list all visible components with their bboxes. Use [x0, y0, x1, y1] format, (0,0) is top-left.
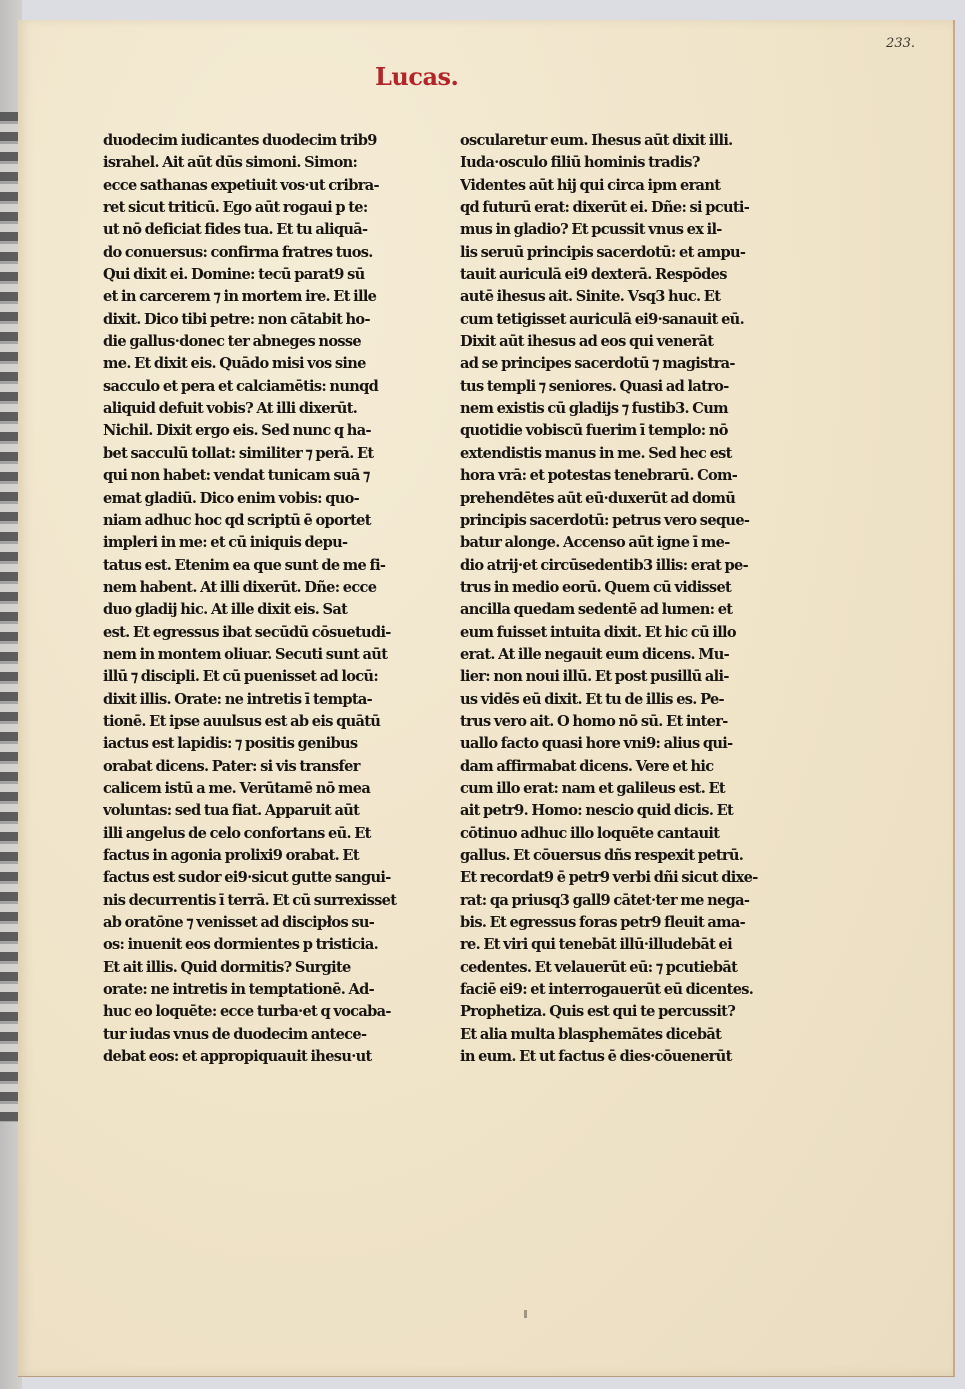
- text-line: re. Et viri qui tenebāt illū·illudebāt e…: [460, 934, 760, 956]
- text-line: et in carcerem ⁊ in mortem ire. Et ille: [103, 286, 403, 308]
- text-line: duodecim iudicantes duodecim trib9: [103, 130, 403, 152]
- text-line: calicem istū a me. Verūtamē nō mea: [103, 778, 403, 800]
- text-line: dixit illis. Orate: ne intretis ī tempta…: [103, 689, 403, 711]
- text-line: cōtinuo adhuc illo loquēte cantauit: [460, 823, 760, 845]
- text-line: nem in montem oliuar. Secuti sunt aūt: [103, 644, 403, 666]
- text-line: ecce sathanas expetiuit vos·ut cribra-: [103, 175, 403, 197]
- text-line: Nichil. Dixit ergo eis. Sed nunc q ha-: [103, 420, 403, 442]
- text-line: nem existis cū gladijs ⁊ fustib3. Cum: [460, 398, 760, 420]
- text-line: me. Et dixit eis. Quādo misi vos sine: [103, 353, 403, 375]
- text-line: autē ihesus ait. Sinite. Vsq3 huc. Et: [460, 286, 760, 308]
- text-line: cum illo erat: nam et galileus est. Et: [460, 778, 760, 800]
- text-line: sacculo et pera et calciamētis: nunqd: [103, 376, 403, 398]
- text-line: tatus est. Etenim ea que sunt de me fi-: [103, 555, 403, 577]
- text-line: extendistis manus in me. Sed hec est: [460, 443, 760, 465]
- text-line: tus templi ⁊ seniores. Quasi ad latro-: [460, 376, 760, 398]
- text-line: orabat dicens. Pater: si vis transfer: [103, 756, 403, 778]
- text-line: dam affirmabat dicens. Vere et hic: [460, 756, 760, 778]
- text-line: oscularetur eum. Ihesus aūt dixit illi.: [460, 130, 760, 152]
- text-column-left: duodecim iudicantes duodecim trib9israhe…: [103, 130, 403, 1068]
- text-line: debat eos: et appropiquauit ihesu·ut: [103, 1046, 403, 1068]
- text-line: israhel. Ait aūt dūs simoni. Simon:: [103, 152, 403, 174]
- text-line: factus in agonia prolixi9 orabat. Et: [103, 845, 403, 867]
- text-line: quotidie vobiscū fuerim ī templo: nō: [460, 420, 760, 442]
- text-line: us vidēs eū dixit. Et tu de illis es. Pe…: [460, 689, 760, 711]
- text-line: in eum. Et ut factus ē dies·cōuenerūt: [460, 1046, 760, 1068]
- text-line: Et alia multa blasphemātes dicebāt: [460, 1024, 760, 1046]
- text-line: mus in gladio? Et pcussit vnus ex il-: [460, 219, 760, 241]
- text-line: huc eo loquēte: ecce turba·et q vocaba-: [103, 1001, 403, 1023]
- text-line: trus vero ait. O homo nō sū. Et inter-: [460, 711, 760, 733]
- text-line: rat: qa priusq3 gall9 cātet·ter me nega-: [460, 890, 760, 912]
- text-line: duo gladij hic. At ille dixit eis. Sat: [103, 599, 403, 621]
- text-line: ait petr9. Homo: nescio quid dicis. Et: [460, 800, 760, 822]
- text-line: emat gladiū. Dico enim vobis: quo-: [103, 488, 403, 510]
- text-line: est. Et egressus ibat secūdū cōsuetudi-: [103, 622, 403, 644]
- text-line: orate: ne intretis in temptationē. Ad-: [103, 979, 403, 1001]
- text-line: ret sicut triticū. Ego aūt rogaui p te:: [103, 197, 403, 219]
- text-line: Et ait illis. Quid dormitis? Surgite: [103, 957, 403, 979]
- text-line: faciē ei9: et interrogauerūt eū dicentes…: [460, 979, 760, 1001]
- manuscript-page: 233. Lucas. duodecim iudicantes duodecim…: [18, 20, 955, 1377]
- text-line: nis decurrentis ī terrā. Et cū surrexiss…: [103, 890, 403, 912]
- text-line: voluntas: sed tua fiat. Apparuit aūt: [103, 800, 403, 822]
- text-column-right: oscularetur eum. Ihesus aūt dixit illi.I…: [460, 130, 760, 1068]
- text-line: cedentes. Et velauerūt eū: ⁊ pcutiebāt: [460, 957, 760, 979]
- text-line: aliquid defuit vobis? At illi dixerūt.: [103, 398, 403, 420]
- text-line: cum tetigisset auriculā ei9·sanauit eū.: [460, 309, 760, 331]
- text-line: trus in medio eorū. Quem cū vidisset: [460, 577, 760, 599]
- text-line: Et recordat9 ē petr9 verbi dñi sicut dix…: [460, 867, 760, 889]
- text-line: do conuersus: confirma fratres tuos.: [103, 242, 403, 264]
- text-line: principis sacerdotū: petrus vero seque-: [460, 510, 760, 532]
- text-line: gallus. Et cōuersus dñs respexit petrū.: [460, 845, 760, 867]
- text-line: qui non habet: vendat tunicam suā ⁊: [103, 465, 403, 487]
- text-line: tauit auriculā ei9 dexterā. Respōdes: [460, 264, 760, 286]
- text-line: Iuda·osculo filiū hominis tradis?: [460, 152, 760, 174]
- text-line: hora vrā: et potestas tenebrarū. Com-: [460, 465, 760, 487]
- text-line: erat. At ille negauit eum dicens. Mu-: [460, 644, 760, 666]
- text-line: die gallus·donec ter abneges nosse: [103, 331, 403, 353]
- text-line: Dixit aūt ihesus ad eos qui venerāt: [460, 331, 760, 353]
- text-line: eum fuisset intuita dixit. Et hic cū ill…: [460, 622, 760, 644]
- text-line: ut nō deficiat fides tua. Et tu aliquā-: [103, 219, 403, 241]
- text-line: dio atrij·et circūsedentib3 illis: erat …: [460, 555, 760, 577]
- text-line: ab oratōne ⁊ venisset ad discipłos su-: [103, 912, 403, 934]
- text-line: dixit. Dico tibi petre: non cātabit ho-: [103, 309, 403, 331]
- text-line: bis. Et egressus foras petr9 fleuit ama-: [460, 912, 760, 934]
- text-line: lier: non noui illū. Et post pusillū ali…: [460, 666, 760, 688]
- text-line: os: inuenit eos dormientes p tristicia.: [103, 934, 403, 956]
- running-head: Lucas.: [375, 62, 458, 91]
- text-line: Prophetiza. Quis est qui te percussit?: [460, 1001, 760, 1023]
- text-line: batur alonge. Accenso aūt igne ī me-: [460, 532, 760, 554]
- paper-blemish: [524, 1310, 527, 1318]
- text-line: Qui dixit ei. Domine: tecū parat9 sū: [103, 264, 403, 286]
- text-line: ancilla quedam sedentē ad lumen: et: [460, 599, 760, 621]
- text-line: illū ⁊ discipli. Et cū puenisset ad locū…: [103, 666, 403, 688]
- text-line: uallo facto quasi hore vni9: alius qui-: [460, 733, 760, 755]
- text-line: ad se principes sacerdotū ⁊ magistra-: [460, 353, 760, 375]
- text-line: factus est sudor ei9·sicut gutte sangui-: [103, 867, 403, 889]
- text-line: Videntes aūt hij qui circa ipm erant: [460, 175, 760, 197]
- text-line: qd futurū erat: dixerūt ei. Dñe: si pcut…: [460, 197, 760, 219]
- text-line: bet sacculū tollat: similiter ⁊ perā. Et: [103, 443, 403, 465]
- text-line: niam adhuc hoc qd scriptū ē oportet: [103, 510, 403, 532]
- text-line: tionē. Et ipse auulsus est ab eis quātū: [103, 711, 403, 733]
- text-line: lis seruū principis sacerdotū: et ampu-: [460, 242, 760, 264]
- facing-page-text-fragment: [0, 112, 20, 1122]
- text-line: impleri in me: et cū iniquis depu-: [103, 532, 403, 554]
- folio-number: 233.: [886, 36, 915, 51]
- text-line: prehendētes aūt eū·duxerūt ad domū: [460, 488, 760, 510]
- text-line: nem habent. At illi dixerūt. Dñe: ecce: [103, 577, 403, 599]
- text-line: iactus est lapidis: ⁊ positis genibus: [103, 733, 403, 755]
- text-line: tur iudas vnus de duodecim antece-: [103, 1024, 403, 1046]
- text-line: illi angelus de celo confortans eū. Et: [103, 823, 403, 845]
